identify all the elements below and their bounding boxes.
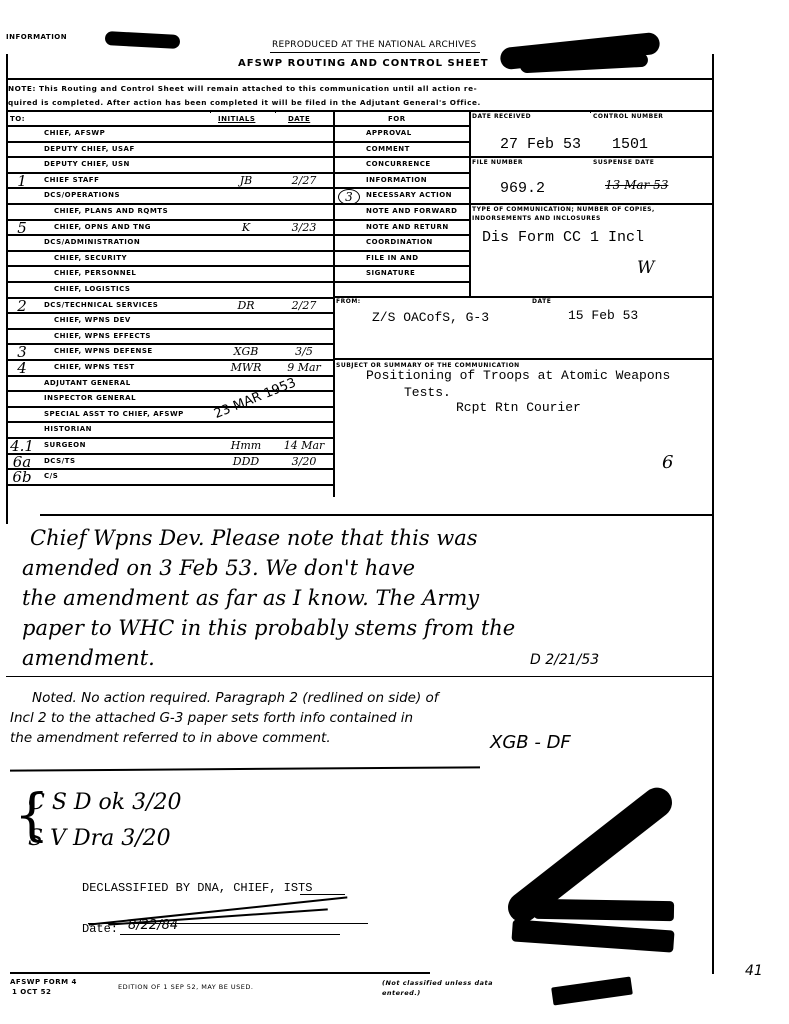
routing-initials: JB: [220, 174, 272, 187]
comment-1-line: Chief Wpns Dev. Please note that this wa…: [30, 526, 478, 550]
routing-sequence: 6b: [8, 470, 36, 484]
comment-1-line: amended on 3 Feb 53. We don't have: [22, 556, 415, 580]
for-item-label: NECESSARY ACTION: [366, 191, 452, 199]
declassification-line: DECLASSIFIED BY DNA, CHIEF, ISTS: [82, 881, 312, 895]
for-header: FOR: [388, 115, 406, 123]
for-item-mark: 3: [338, 189, 360, 205]
for-item-label: NOTE AND FORWARD: [366, 207, 457, 215]
initials-header: INITIALS: [218, 115, 255, 123]
from-value: Z/S OACofS, G-3: [372, 310, 489, 325]
for-item-label: COMMENT: [366, 145, 410, 153]
table-bottom: [40, 514, 714, 516]
brace-mark: {: [14, 788, 50, 844]
declass-underline: [300, 894, 345, 895]
table-row: SPECIAL ASST TO CHIEF, AFSWP: [8, 408, 334, 424]
routing-sequence: [8, 205, 36, 219]
declass-date-label: Date:: [82, 922, 118, 936]
routing-office: CHIEF, PERSONNEL: [54, 269, 224, 277]
routing-office: SPECIAL ASST TO CHIEF, AFSWP: [44, 410, 214, 418]
routing-sequence: [8, 314, 36, 328]
routing-date: 14 Mar: [276, 439, 332, 452]
routing-office: DCS/TECHNICAL SERVICES: [44, 301, 214, 309]
routing-sequence: 1: [8, 174, 36, 188]
routing-office: ADJUTANT GENERAL: [44, 379, 214, 387]
routing-office: DCS/TS: [44, 457, 214, 465]
routing-date: 3/20: [276, 455, 332, 468]
declass-date-underline: [120, 934, 340, 935]
routing-sequence: 6a: [8, 455, 36, 469]
comment-1-line: paper to WHC in this probably stems from…: [22, 616, 515, 640]
for-item-label: SIGNATURE: [366, 269, 415, 277]
table-row: 4.1SURGEONHmm14 Mar: [8, 439, 334, 455]
table-row: CHIEF, AFSWP: [8, 127, 334, 143]
control-number-label: CONTROL NUMBER: [593, 113, 663, 120]
routing-sequence: [8, 127, 36, 141]
routing-date: 2/27: [276, 174, 332, 187]
routing-sequence: [8, 158, 36, 172]
initials-col-divider: [210, 112, 211, 113]
table-row: 5CHIEF, OPNS AND TNGK3/23: [8, 221, 334, 237]
routing-date: 2/27: [276, 299, 332, 312]
table-row: 3CHIEF, WPNS DEFENSEXGB3/5: [8, 345, 334, 361]
routing-date: 9 Mar: [276, 361, 332, 374]
routing-sequence: [8, 330, 36, 344]
table-row: 1CHIEF STAFFJB2/27: [8, 174, 334, 190]
for-item-label: NOTE AND RETURN: [366, 223, 449, 231]
comment-1-line: the amendment as far as I know. The Army: [22, 586, 479, 610]
routing-office: HISTORIAN: [44, 425, 214, 433]
routing-sequence: [8, 408, 36, 422]
redaction-mark: [534, 899, 674, 921]
for-item-label: COORDINATION: [366, 238, 433, 246]
subject-line-1: Positioning of Troops at Atomic Weapons: [366, 368, 670, 383]
subject-mark: 6: [662, 452, 673, 473]
table-row: DCS/OPERATIONS: [8, 189, 334, 205]
control-divider: [590, 112, 591, 113]
routing-sequence: [8, 236, 36, 250]
for-item-label: INFORMATION: [366, 176, 427, 184]
comment-1-line: amendment.: [22, 646, 155, 670]
routing-office: DCS/OPERATIONS: [44, 191, 214, 199]
for-item: APPROVAL: [334, 127, 470, 143]
routing-initials: Hmm: [220, 439, 272, 452]
routing-date: 3/5: [276, 345, 332, 358]
routing-sequence: [8, 423, 36, 437]
routing-office: CHIEF, PLANS AND RQMTS: [54, 207, 224, 215]
archive-stamp: REPRODUCED AT THE NATIONAL ARCHIVES: [272, 40, 477, 50]
from-top-divider: [334, 296, 714, 298]
routing-office: DEPUTY CHIEF, USN: [44, 160, 214, 168]
routing-sequence: 4.1: [8, 439, 36, 453]
routing-office: CHIEF, LOGISTICS: [54, 285, 224, 293]
table-row: DEPUTY CHIEF, USAF: [8, 143, 334, 159]
routing-sequence: 5: [8, 221, 36, 235]
footer-rule: [10, 972, 430, 974]
routing-sequence: [8, 143, 36, 157]
to-header: TO:: [10, 115, 25, 123]
routing-office: CHIEF, WPNS TEST: [54, 363, 224, 371]
routing-sequence: [8, 189, 36, 203]
page-mark: 41: [745, 963, 763, 979]
routing-sequence: 2: [8, 299, 36, 313]
suspense-date-label: SUSPENSE DATE: [593, 159, 654, 166]
routing-office: CHIEF, AFSWP: [44, 129, 214, 137]
remarks-divider: [6, 676, 712, 677]
for-item: COMMENT: [334, 143, 470, 159]
routing-sequence: [8, 377, 36, 391]
routing-office: CHIEF, OPNS AND TNG: [54, 223, 224, 231]
subject-line-2: Tests.: [404, 385, 451, 400]
routing-sequence: 3: [8, 345, 36, 359]
footer-form-date: 1 OCT 52: [12, 988, 51, 996]
info-divider-1: [470, 156, 713, 158]
for-item: NOTE AND FORWARD: [334, 205, 470, 221]
table-row: DEPUTY CHIEF, USN: [8, 158, 334, 174]
table-row: 6bC/S: [8, 470, 334, 486]
routing-initials: DR: [220, 299, 272, 312]
routing-sequence: [8, 252, 36, 266]
subject-line-3: Rcpt Rtn Courier: [456, 400, 581, 415]
footer-edition-note: EDITION OF 1 SEP 52, MAY BE USED.: [118, 983, 254, 991]
redaction-mark: [511, 919, 674, 952]
routing-office: CHIEF STAFF: [44, 176, 214, 184]
subject-top-divider: [334, 358, 714, 360]
routing-office: C/S: [44, 472, 214, 480]
date-col-divider: [275, 112, 276, 113]
note-divider: [6, 110, 714, 112]
comment-2-line: the amendment referred to in above comme…: [10, 730, 331, 746]
table-row: DCS/ADMINISTRATION: [8, 236, 334, 252]
routing-office: CHIEF, WPNS EFFECTS: [54, 332, 224, 340]
routing-office: DEPUTY CHIEF, USAF: [44, 145, 214, 153]
for-item: INFORMATION: [334, 174, 470, 190]
comment-2-line: Noted. No action required. Paragraph 2 (…: [32, 690, 439, 706]
type-label: TYPE OF COMMUNICATION; NUMBER OF COPIES,…: [472, 205, 712, 223]
routing-sequence: [8, 283, 36, 297]
suspense-date-value: 13 Mar 53: [605, 178, 668, 192]
file-number-value: 969.2: [500, 180, 545, 197]
footer-classification-note: (Not classified unless data entered.): [382, 978, 512, 998]
date-received-label: DATE RECEIVED: [472, 113, 531, 120]
for-item: NOTE AND RETURN: [334, 221, 470, 237]
footer-form-id: AFSWP FORM 4: [10, 978, 77, 986]
table-row: 2DCS/TECHNICAL SERVICESDR2/27: [8, 299, 334, 315]
cs-line: C S D ok 3/20: [28, 790, 182, 815]
info-label: INFORMATION: [6, 33, 67, 41]
from-date-divider: [527, 297, 528, 298]
redaction-mark: [551, 977, 633, 1006]
routing-office: DCS/ADMINISTRATION: [44, 238, 214, 246]
date-label: DATE: [532, 298, 551, 305]
table-row: CHIEF, SECURITY: [8, 252, 334, 268]
table-row: CHIEF, WPNS DEV: [8, 314, 334, 330]
for-item: FILE IN AND: [334, 252, 470, 268]
comment-2-line: Incl 2 to the attached G-3 paper sets fo…: [10, 710, 413, 726]
routing-initials: DDD: [220, 455, 272, 468]
routing-date: 3/23: [276, 221, 332, 234]
for-item: 3NECESSARY ACTION: [334, 189, 470, 205]
declass-date-value: 8/22/84: [128, 918, 178, 933]
control-number-value: 1501: [612, 136, 648, 153]
date-value: 15 Feb 53: [568, 308, 638, 323]
remarks-bottom: [10, 766, 480, 771]
routing-office: CHIEF, WPNS DEFENSE: [54, 347, 224, 355]
archive-stamp-underline: [270, 52, 480, 53]
table-row: CHIEF, LOGISTICS: [8, 283, 334, 299]
routing-sequence: [8, 392, 36, 406]
file-number-label: FILE NUMBER: [472, 159, 523, 166]
form-title: AFSWP ROUTING AND CONTROL SHEET: [238, 58, 489, 69]
type-mark: W: [637, 258, 654, 278]
routing-initials: XGB: [220, 345, 272, 358]
frame-top: [6, 78, 714, 80]
comment-1-signoff: D 2/21/53: [530, 652, 599, 668]
table-row: HISTORIAN: [8, 423, 334, 439]
from-label: FROM:: [336, 298, 361, 305]
for-item: CONCURRENCE: [334, 158, 470, 174]
for-mark-divider: [360, 126, 361, 127]
for-item: SIGNATURE: [334, 267, 470, 283]
date-received-value: 27 Feb 53: [500, 136, 581, 153]
for-item: COORDINATION: [334, 236, 470, 252]
table-row: CHIEF, WPNS EFFECTS: [8, 330, 334, 346]
table-row: CHIEF, PLANS AND RQMTS: [8, 205, 334, 221]
for-item-label: APPROVAL: [366, 129, 412, 137]
note-line-2: quired is completed. After action has be…: [8, 98, 481, 107]
table-row: CHIEF, PERSONNEL: [8, 267, 334, 283]
routing-office: CHIEF, SECURITY: [54, 254, 224, 262]
comment-2-signoff: XGB - DF: [490, 732, 571, 753]
routing-office: SURGEON: [44, 441, 214, 449]
for-item-label: FILE IN AND: [366, 254, 419, 262]
redaction-mark: [105, 31, 181, 49]
type-value: Dis Form CC 1 Incl: [482, 229, 644, 246]
routing-office: INSPECTOR GENERAL: [44, 394, 214, 402]
routing-initials: MWR: [220, 361, 272, 374]
note-line-1: NOTE: This Routing and Control Sheet wil…: [8, 84, 477, 93]
seq-col-divider: [36, 156, 37, 157]
routing-office: CHIEF, WPNS DEV: [54, 316, 224, 324]
table-row: 6aDCS/TSDDD3/20: [8, 455, 334, 471]
routing-sequence: 4: [8, 361, 36, 375]
date-header: DATE: [288, 115, 310, 123]
table-row: 4CHIEF, WPNS TESTMWR9 Mar: [8, 361, 334, 377]
for-item-label: CONCURRENCE: [366, 160, 431, 168]
routing-initials: K: [220, 221, 272, 234]
routing-sequence: [8, 267, 36, 281]
